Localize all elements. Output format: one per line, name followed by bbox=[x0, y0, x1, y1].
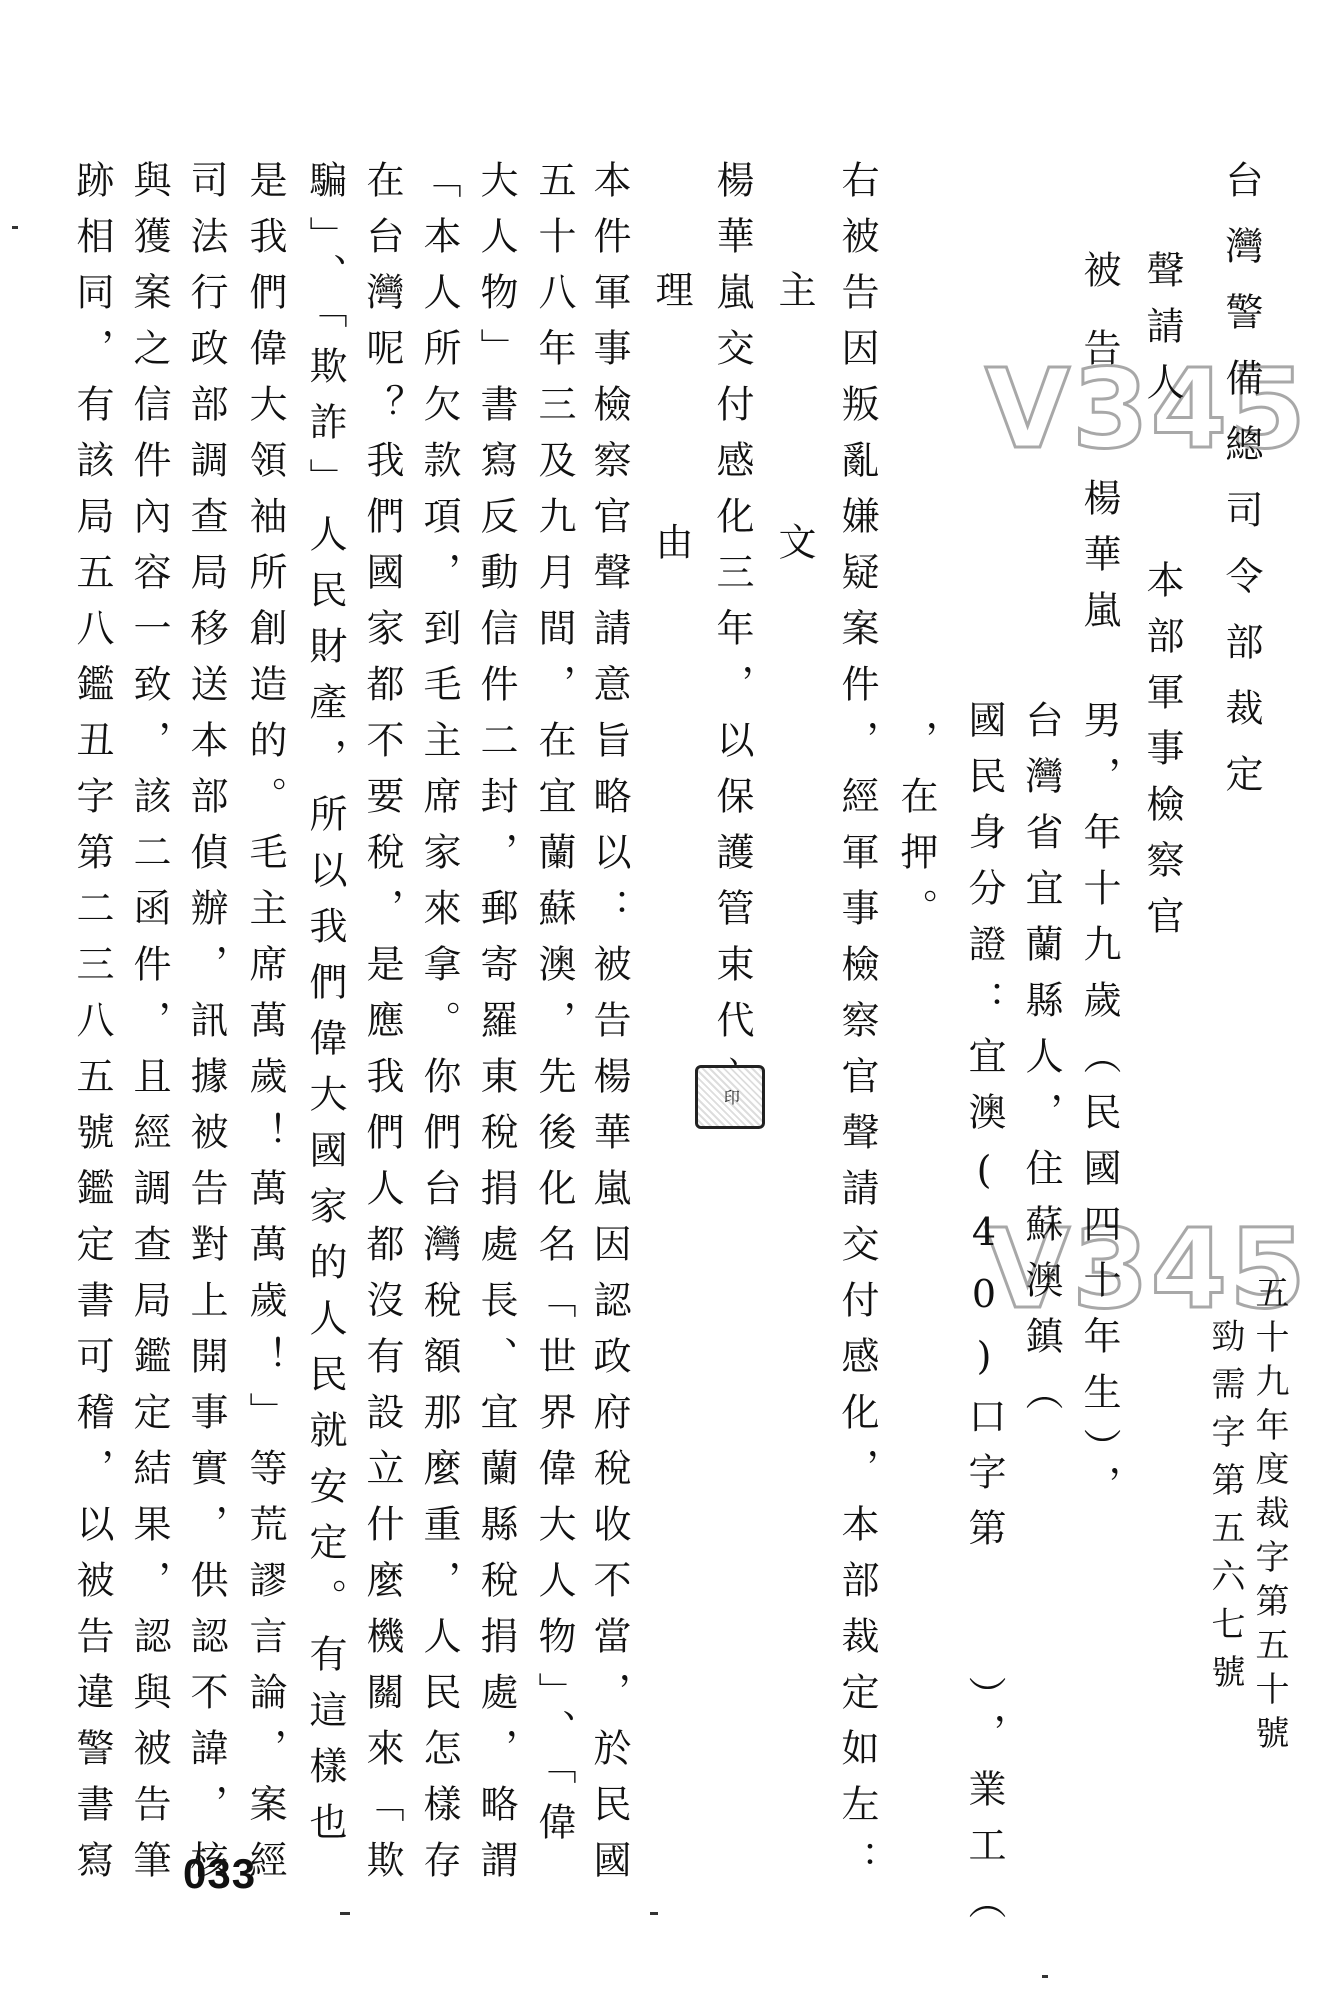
reason-heading: 理 由 bbox=[652, 270, 690, 606]
reason-column: 本件軍事檢察官聲請意旨略以：被告楊華嵐因認政府稅收不當，於民國 bbox=[590, 160, 628, 1896]
official-seal-stamp: 印 bbox=[695, 1065, 765, 1129]
page-number: 033 bbox=[183, 1850, 256, 1898]
scan-speck bbox=[1042, 1975, 1048, 1978]
petitioner-label: 聲請人 bbox=[1143, 250, 1181, 418]
reason-column: 跡相同，有該局五八鑑丑字第二三八五號鑑定書可稽，以被告違警書寫 bbox=[73, 160, 111, 1896]
preamble: 右被告因叛亂嫌疑案件，經軍事檢察官聲請交付感化，本部裁定如左： bbox=[838, 160, 876, 1896]
defendant-info-3: 國民身分證：宜澳(40)口字第 ），業工（ bbox=[965, 700, 1003, 1937]
reason-column: 與獲案之信件內容一致，該二函件，且經調查局鑑定結果，認與被告筆 bbox=[130, 160, 168, 1896]
petitioner-name: 本部軍事檢察官 bbox=[1143, 560, 1181, 952]
document-title: 台灣警備總司令部裁定 bbox=[1222, 160, 1260, 820]
defendant-name: 楊華嵐 bbox=[1080, 478, 1118, 646]
reason-column: 「本人所欠款項，到毛主席家來拿。你們台灣稅額那麼重，人民怎樣存 bbox=[420, 160, 458, 1896]
case-number-primary: 五十九年度裁字第五十號 bbox=[1252, 1275, 1286, 1759]
reason-column: 在台灣呢？我們國家都不要稅，是應我們人都沒有設立什麼機關來「欺 bbox=[363, 160, 401, 1896]
reason-column: 騙」、「欺詐」人民財產，所以我們偉大國家的人民就安定。有這樣也 bbox=[306, 160, 344, 1858]
main-heading: 主 文 bbox=[775, 270, 813, 606]
scan-speck bbox=[340, 1912, 350, 1915]
case-number-secondary: 勁需字第五六七號 bbox=[1208, 1318, 1242, 1702]
defendant-info-4: ，在押。 bbox=[897, 720, 935, 944]
defendant-info-2: 台灣省宜蘭縣人，住蘇澳鎮（ bbox=[1022, 700, 1060, 1428]
scan-speck bbox=[12, 226, 18, 229]
scan-speck bbox=[650, 1912, 658, 1915]
reason-column: 是我們偉大領袖所創造的。毛主席萬歲！萬萬歲！」等荒謬言論，案經 bbox=[246, 160, 284, 1896]
main-text: 楊華嵐交付感化三年，以保護管束代之。 bbox=[713, 160, 751, 1168]
defendant-label: 被告 bbox=[1080, 250, 1118, 406]
reason-column: 五十八年三及九月間，在宜蘭蘇澳，先後化名「世界偉大人物」、「偉 bbox=[535, 160, 573, 1858]
reason-column: 大人物」書寫反動信件二封，郵寄羅東稅捐處長、宜蘭縣稅捐處，略謂 bbox=[477, 160, 515, 1896]
reason-column: 司法行政部調查局移送本部偵辦，訊據被告對上開事實，供認不諱，核 bbox=[187, 160, 225, 1896]
defendant-info-1: 男，年十九歲（民國四十年生）， bbox=[1080, 700, 1118, 1521]
scanned-document-page: V345 V345 台灣警備總司令部裁定 五十九年度裁字第五十號 勁需字第五六七… bbox=[0, 0, 1336, 1992]
